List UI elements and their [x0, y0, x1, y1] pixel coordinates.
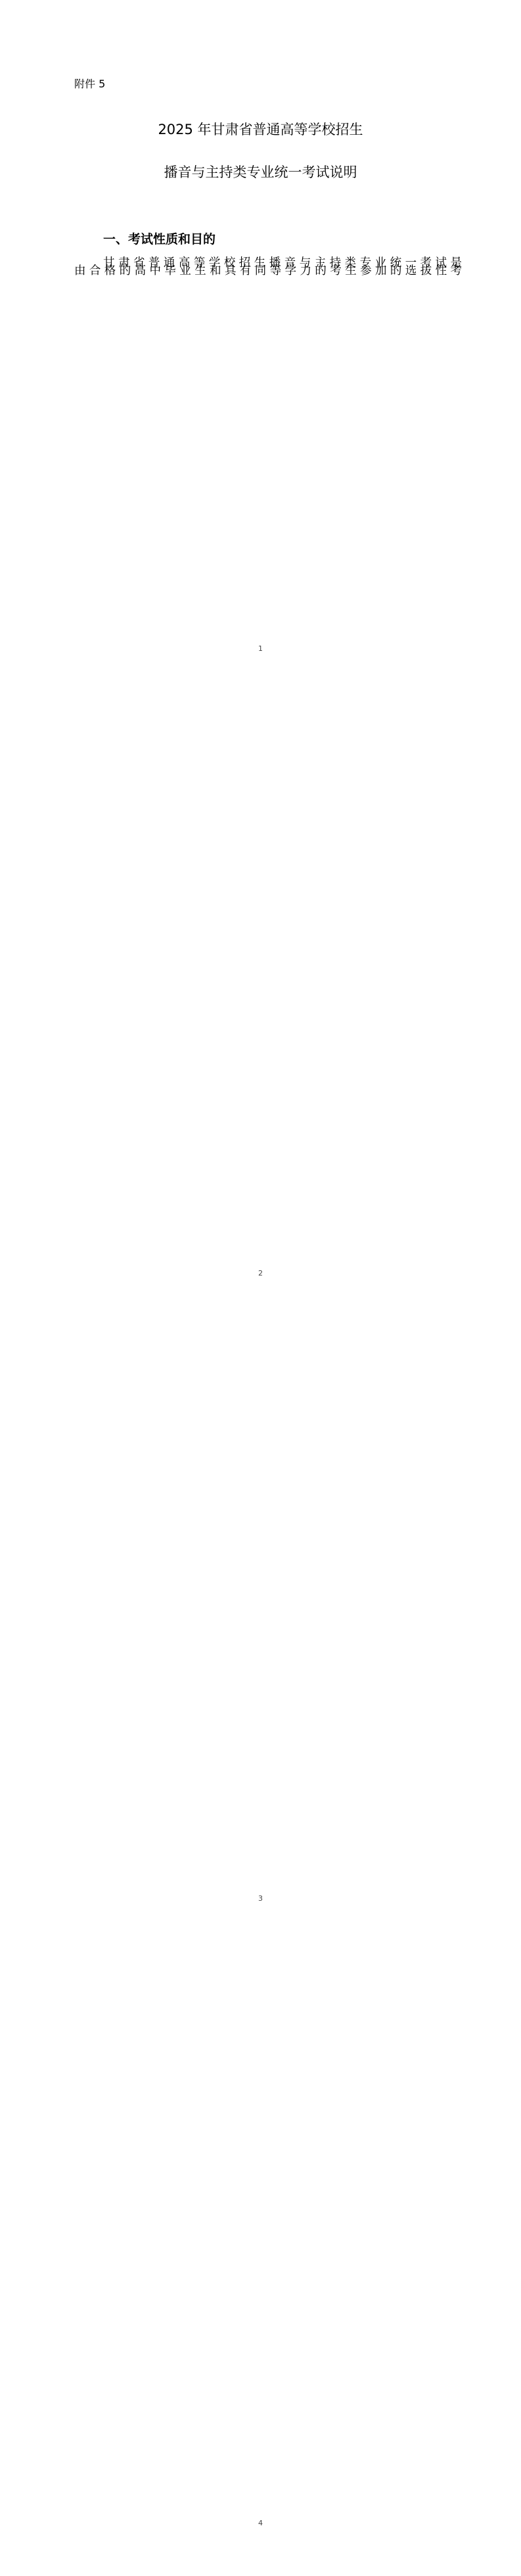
document-title-line2: 播音与主持类专业统一考试说明 — [0, 164, 521, 181]
section-heading-1: 一、考试性质和目的 — [103, 232, 215, 247]
page-number: 4 — [0, 2519, 521, 2527]
paragraph-line — [74, 304, 462, 319]
paragraph-line: 由合格的高中毕业生和具有同等学力的考生参加的选拔性考 — [74, 264, 462, 278]
page-number: 3 — [0, 1894, 521, 1903]
page-number: 1 — [0, 644, 521, 653]
document-title-line1: 2025 年甘肃省普通高等学校招生 — [0, 121, 521, 138]
attachment-label: 附件 5 — [74, 77, 105, 91]
page-number: 2 — [0, 1269, 521, 1277]
